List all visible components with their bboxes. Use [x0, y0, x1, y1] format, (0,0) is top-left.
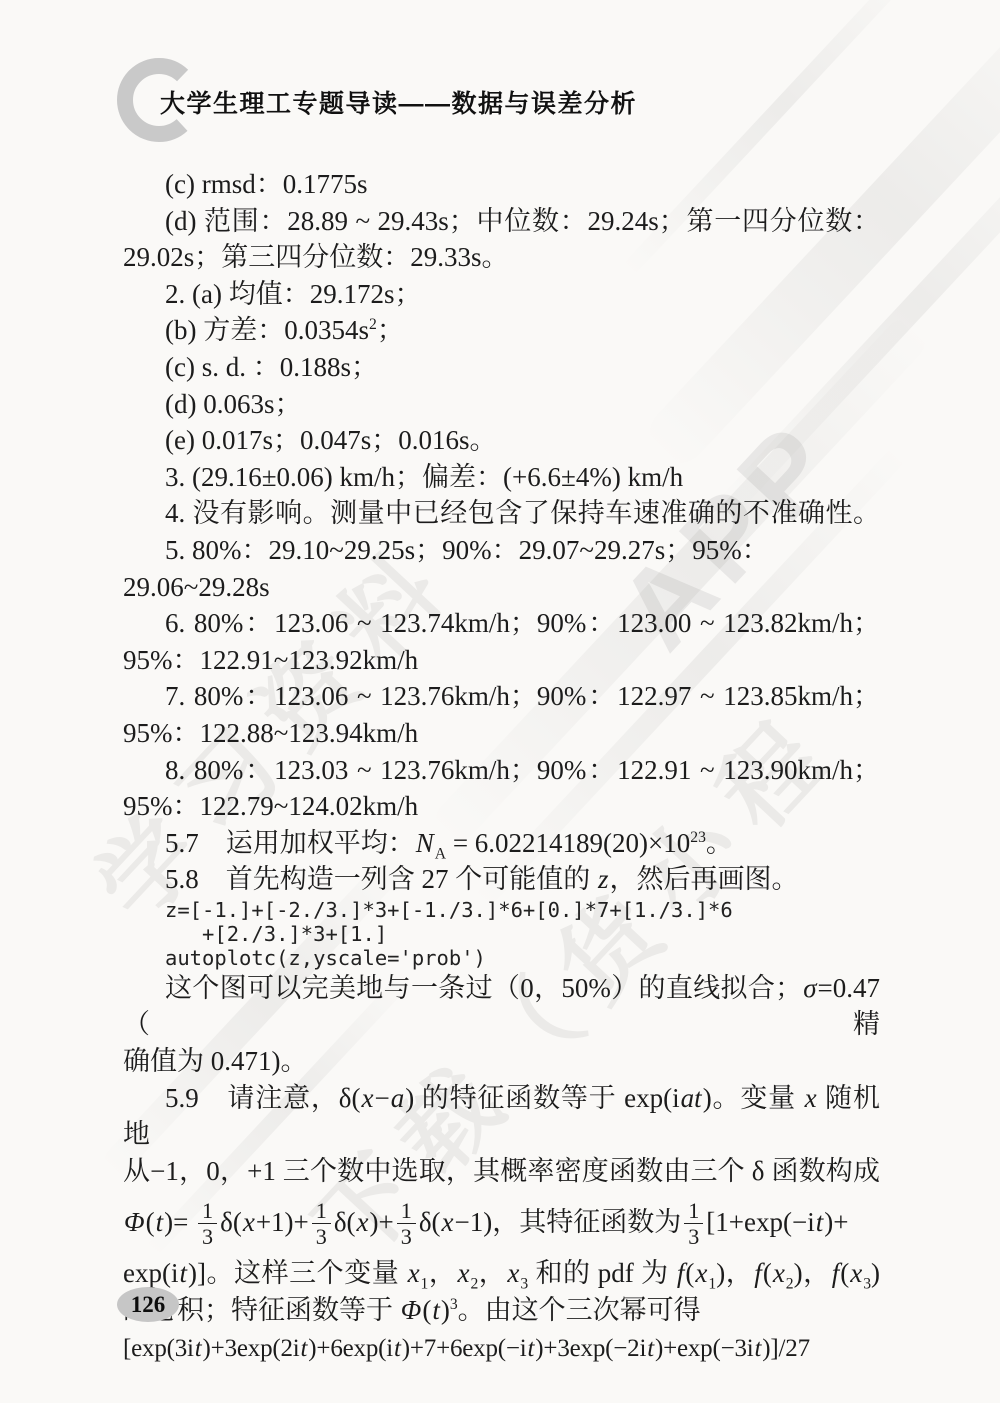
- text-run: t: [431, 1295, 441, 1325]
- text-run: )+: [370, 1207, 394, 1237]
- text-line: 的卷积；特征函数等于 Φ(t)3。由这个三次幂可得: [123, 1292, 880, 1329]
- text-run: ) 的特征函数等于 exp(i: [405, 1083, 679, 1113]
- text-run: t: [155, 1207, 165, 1237]
- text-line: 2. (a) 均值：29.172s；: [123, 276, 880, 313]
- text-run: +1)+: [256, 1207, 309, 1237]
- text-line: 确值为 0.471)。: [123, 1043, 880, 1080]
- text-run: (: [763, 1258, 772, 1288]
- text-line: 7. 80%：123.06 ~ 123.76km/h；90%：122.97 ~ …: [123, 678, 880, 715]
- text-run: )+3exp(−2i: [535, 1335, 646, 1362]
- text-run: (: [146, 1207, 155, 1237]
- text-run: 和的 pdf 为: [528, 1258, 676, 1288]
- page-number-badge: 126: [117, 1287, 179, 1322]
- fraction: 13: [198, 1199, 217, 1248]
- text-run: )，: [794, 1258, 831, 1288]
- text-run: x: [849, 1258, 863, 1288]
- text-line: 95%：122.91~123.92km/h: [123, 642, 880, 679]
- fraction: 13: [397, 1199, 416, 1248]
- text-line: 从−1，0，+1 三个数中选取，其概率密度函数由三个 δ 函数构成: [123, 1153, 880, 1190]
- fraction: 13: [312, 1199, 331, 1248]
- text-run: 2: [786, 1276, 794, 1293]
- text-run: f: [753, 1258, 763, 1288]
- text-run: (e) 0.017s；0.047s；0.016s。: [165, 425, 497, 455]
- text-line: (c) s. d. ：0.188s；: [123, 349, 880, 386]
- text-run: 。由这个三次幂可得: [458, 1295, 701, 1325]
- text-run: x: [407, 1258, 421, 1288]
- page-header-title: 大学生理工专题导读——数据与误差分析: [160, 84, 637, 120]
- text-run: exp(i: [123, 1258, 178, 1288]
- text-run: [1+exp(−i: [706, 1207, 814, 1237]
- text-run: 3. (29.16±0.06) km/h；偏差：(+6.6±4%) km/h: [165, 462, 683, 492]
- text-run: N: [415, 828, 435, 858]
- text-run: t: [527, 1335, 536, 1362]
- text-run: a: [390, 1083, 406, 1113]
- text-run: 6. 80%：123.06 ~ 123.74km/h；90%：123.00 ~ …: [165, 608, 880, 638]
- code-line: autoplotc(z,yscale='prob'): [165, 946, 880, 970]
- text-run: )=: [164, 1207, 195, 1237]
- text-run: (c) rmsd：0.1775s: [165, 169, 367, 199]
- text-run: ，: [428, 1258, 456, 1288]
- text-run: (d) 0.063s；: [165, 389, 302, 419]
- text-line: (c) rmsd：0.1775s: [123, 166, 880, 203]
- text-run: )+exp(−3i: [655, 1335, 754, 1362]
- text-run: σ: [802, 973, 817, 1003]
- text-run: 这个图可以完美地与一条过（0，50%）的直线拟合；: [165, 973, 802, 1003]
- text-run: 8. 80%：123.03 ~ 123.76km/h；90%：122.91 ~ …: [165, 755, 880, 785]
- fraction: 13: [684, 1199, 703, 1248]
- text-run: autoplotc(z,yscale='prob'): [165, 946, 486, 970]
- text-run: t: [646, 1335, 655, 1362]
- text-run: 95%：122.79~124.02km/h: [123, 791, 418, 821]
- text-run: ，然后再画图。: [610, 864, 799, 894]
- text-line: 这个图可以完美地与一条过（0，50%）的直线拟合；σ=0.47（精: [123, 970, 880, 1043]
- text-run: )+6exp(i: [308, 1335, 393, 1362]
- text-run: x: [694, 1258, 708, 1288]
- text-run: 29.02s；第三四分位数：29.33s。: [123, 242, 509, 272]
- text-run: x: [772, 1258, 786, 1288]
- text-run: x: [242, 1207, 256, 1237]
- text-run: ): [871, 1258, 880, 1288]
- text-run: x: [356, 1207, 370, 1237]
- text-run: 2: [369, 316, 377, 333]
- book-page: 学习资料 下载（货小程 APP 大学生理工专题导读——数据与误差分析 (c) r…: [0, 0, 1000, 1403]
- text-line: (b) 方差：0.0354s2；: [123, 312, 880, 349]
- text-line: 5. 80%：29.10~29.25s；90%：29.07~29.27s；95%…: [123, 532, 880, 605]
- text-run: 5. 80%：29.10~29.25s；90%：29.07~29.27s；95%…: [123, 535, 769, 602]
- text-run: z: [597, 864, 610, 894]
- text-run: = 6.02214189(20)×10: [446, 828, 690, 858]
- text-run: t: [178, 1258, 188, 1288]
- text-run: ): [441, 1295, 450, 1325]
- text-line: Φ(t)= 13δ(x+1)+13δ(x)+13δ(x−1)，其特征函数为13[…: [123, 1189, 880, 1255]
- text-run: )]。这样三个变量: [188, 1258, 407, 1288]
- text-run: at: [680, 1083, 703, 1113]
- text-run: (b) 方差：0.0354s: [165, 315, 369, 345]
- text-run: 确值为 0.471)。: [123, 1046, 308, 1076]
- text-line: 95%：122.88~123.94km/h: [123, 715, 880, 752]
- code-line: +[2./3.]*3+[1.]: [165, 922, 880, 946]
- text-run: 3: [863, 1276, 871, 1293]
- text-run: A: [435, 845, 446, 862]
- text-line: 29.02s；第三四分位数：29.33s。: [123, 239, 880, 276]
- text-run: 23: [690, 829, 706, 846]
- text-run: [exp(3i: [123, 1335, 194, 1362]
- page-body: (c) rmsd：0.1775s(d) 范围：28.89 ~ 29.43s；中位…: [123, 166, 880, 1369]
- text-run: Φ: [123, 1207, 146, 1237]
- text-run: 从−1，0，+1 三个数中选取，其概率密度函数由三个 δ 函数构成: [123, 1156, 880, 1186]
- code-line: z=[-1.]+[-2./3.]*3+[-1./3.]*6+[0.]*7+[1.…: [165, 898, 880, 922]
- text-run: 95%：122.88~123.94km/h: [123, 718, 418, 748]
- text-line: (d) 0.063s；: [123, 386, 880, 423]
- text-run: 5.8 首先构造一列含 27 个可能值的: [165, 864, 597, 894]
- text-run: x: [804, 1083, 818, 1113]
- text-run: )]/27: [762, 1335, 810, 1362]
- text-line: 4. 没有影响。测量中已经包含了保持车速准确的不准确性。: [123, 495, 880, 532]
- text-run: 3: [520, 1276, 528, 1293]
- text-run: δ(: [334, 1207, 356, 1237]
- text-run: ，: [478, 1258, 506, 1288]
- text-line: (d) 范围：28.89 ~ 29.43s；中位数：29.24s；第一四分位数：: [123, 203, 880, 240]
- text-run: )+7+6exp(−i: [402, 1335, 527, 1362]
- text-run: 3: [450, 1296, 458, 1313]
- text-line: 6. 80%：123.06 ~ 123.74km/h；90%：123.00 ~ …: [123, 605, 880, 642]
- text-run: z=[-1.]+[-2./3.]*3+[-1./3.]*6+[0.]*7+[1.…: [165, 898, 733, 922]
- text-run: x: [441, 1207, 455, 1237]
- text-line: 3. (29.16±0.06) km/h；偏差：(+6.6±4%) km/h: [123, 459, 880, 496]
- text-run: 95%：122.91~123.92km/h: [123, 645, 418, 675]
- text-run: )+3exp(2i: [203, 1335, 300, 1362]
- text-run: Φ: [400, 1295, 423, 1325]
- text-run: t: [754, 1335, 763, 1362]
- text-run: δ(: [419, 1207, 441, 1237]
- text-run: )。变量: [703, 1083, 804, 1113]
- text-run: +[2./3.]*3+[1.]: [165, 922, 387, 946]
- text-run: (d) 范围：28.89 ~ 29.43s；中位数：29.24s；第一四分位数：: [165, 206, 880, 236]
- text-run: )，: [716, 1258, 753, 1288]
- text-line: 95%：122.79~124.02km/h: [123, 788, 880, 825]
- text-run: t: [194, 1335, 203, 1362]
- text-line: 5.7 运用加权平均：NA = 6.02214189(20)×1023。: [123, 825, 880, 862]
- text-line: exp(it)]。这样三个变量 x1，x2，x3 和的 pdf 为 f(x1)，…: [123, 1255, 880, 1292]
- text-run: 2. (a) 均值：29.172s；: [165, 279, 421, 309]
- text-run: 5.9 请注意，δ(: [165, 1083, 360, 1113]
- text-line: (e) 0.017s；0.047s；0.016s。: [123, 422, 880, 459]
- text-line: 8. 80%：123.03 ~ 123.76km/h；90%：122.91 ~ …: [123, 752, 880, 789]
- text-run: 7. 80%：123.06 ~ 123.76km/h；90%：122.97 ~ …: [165, 681, 880, 711]
- text-run: x: [360, 1083, 374, 1113]
- text-run: ；: [377, 315, 404, 345]
- text-line: 5.8 首先构造一列含 27 个可能值的 z，然后再画图。: [123, 861, 880, 898]
- text-run: (: [422, 1295, 431, 1325]
- text-run: f: [831, 1258, 841, 1288]
- text-run: x: [456, 1258, 470, 1288]
- text-run: −1)，其特征函数为: [455, 1207, 682, 1237]
- text-run: )+: [824, 1207, 848, 1237]
- text-run: f: [676, 1258, 686, 1288]
- text-run: t: [300, 1335, 309, 1362]
- text-line: [exp(3it)+3exp(2it)+6exp(it)+7+6exp(−it)…: [123, 1329, 880, 1369]
- text-run: 5.7 运用加权平均：: [165, 828, 415, 858]
- text-run: x: [506, 1258, 520, 1288]
- text-run: t: [393, 1335, 402, 1362]
- text-run: −: [374, 1083, 389, 1113]
- text-run: (c) s. d. ：0.188s；: [165, 352, 378, 382]
- text-run: 4. 没有影响。测量中已经包含了保持车速准确的不准确性。: [165, 498, 880, 528]
- text-run: δ(: [220, 1207, 242, 1237]
- text-line: 5.9 请注意，δ(x−a) 的特征函数等于 exp(iat)。变量 x 随机地: [123, 1080, 880, 1153]
- text-run: 。: [706, 828, 733, 858]
- text-run: t: [815, 1207, 825, 1237]
- text-run: (: [840, 1258, 849, 1288]
